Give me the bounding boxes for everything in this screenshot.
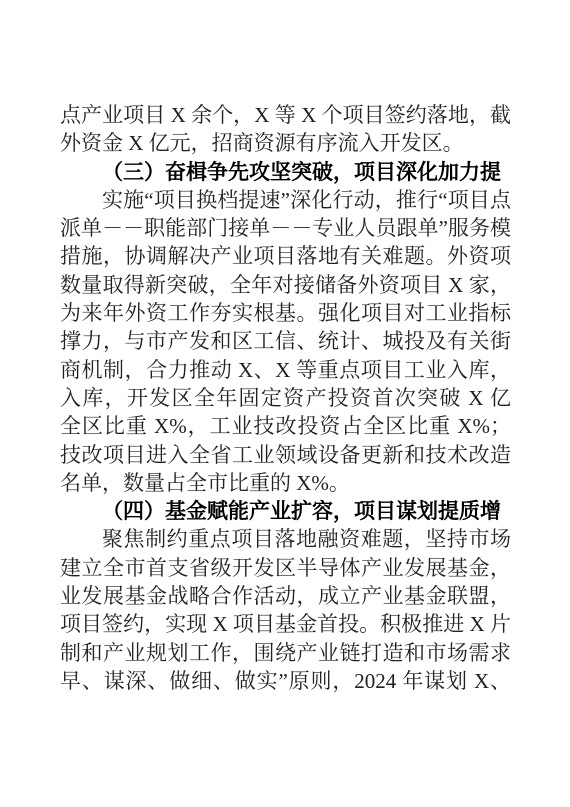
text-line: 措施，协调解决产业项目落地有关难题。外资项目洽谈和落地 <box>60 242 511 270</box>
section-heading-four: （四）基金赋能产业扩容，项目谋划提质增效 <box>60 497 511 525</box>
text-line: 点产业项目 X 余个，X 等 X 个项目签约落地，截至目前引入市 <box>60 101 511 129</box>
text-line: 技改项目进入全省工业领域设备更新和技术改造奖补资金项目 <box>60 441 511 469</box>
text-line: 制和产业规划工作，围绕产业链打造和市场需求目标，坚持“谋 <box>60 639 511 667</box>
document-page: 点产业项目 X 余个，X 等 X 个项目签约落地，截至目前引入市 外资金 X 亿… <box>0 0 570 807</box>
text-line-paragraph-start: 聚焦制约重点项目落地融资难题，坚持市场思维抓资本， <box>60 525 511 553</box>
section-heading-three: （三）奋楫争先攻坚突破，项目深化加力提速 <box>60 158 511 186</box>
text-line: 商机制，合力推动 X、X 等重点项目工业入库，X 等项目纳统 <box>60 356 511 384</box>
text-line: 项目签约，实现 X 项目基金首投。积极推进 X 片区地块控规编 <box>60 610 511 638</box>
text-line-paragraph-start: 实施“项目换档提速”深化行动，推行“项目点单－－管委会 <box>60 186 511 214</box>
text-line: 入库，开发区全年固定资产投资首次突破 X 亿元，工业投资占 <box>60 384 511 412</box>
text-line: 早、谋深、做细、做实”原则，2024 年谋划 X、X、X 等 X 大特 <box>60 667 511 695</box>
document-text-block: 点产业项目 X 余个，X 等 X 个项目签约落地，截至目前引入市 外资金 X 亿… <box>60 101 511 695</box>
text-line: 数量取得新突破，全年对接储备外资项目 X 家，注册落地 X 家， <box>60 271 511 299</box>
text-line: 建立全市首支省级开发区半导体产业发展基金，举办半导体产 <box>60 554 511 582</box>
text-line: 为来年外资工作夯实根基。强化项目对工业指标的贡献度、支 <box>60 299 511 327</box>
text-line-paragraph-end: 外资金 X 亿元，招商资源有序流入开发区。 <box>60 129 511 157</box>
text-line: 撑力，与市产发和区工信、统计、城投及有关街道形成定期磋 <box>60 327 511 355</box>
text-line: 全区比重 X%，工业技改投资占全区比重 X%；X、X、X 3 个 <box>60 412 511 440</box>
text-line-paragraph-end: 名单，数量占全市比重的 X%。 <box>60 469 511 497</box>
text-line: 派单－－职能部门接单－－专业人员跟单”服务模式，采取有效 <box>60 214 511 242</box>
text-line: 业发展基金战略合作活动，成立产业基金联盟，推动 X 个基金 <box>60 582 511 610</box>
